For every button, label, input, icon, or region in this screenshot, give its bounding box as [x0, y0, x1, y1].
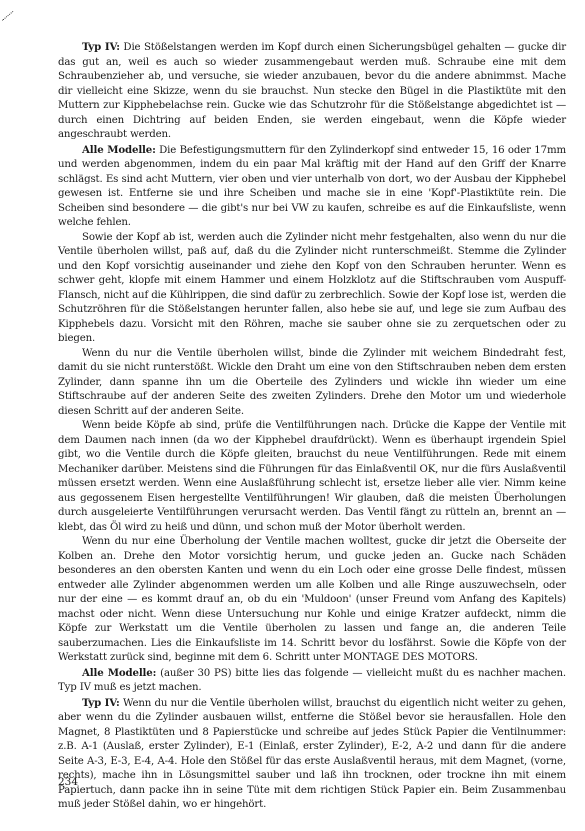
paragraph-typ4-stoesselstangen: Typ IV: Die Stößelstangen werden im Kopf… [58, 40, 566, 143]
paragraph-alle-modelle-befestigung: Alle Modelle: Die Befestigungsmuttern fü… [58, 143, 566, 231]
page-body: Typ IV: Die Stößelstangen werden im Kopf… [58, 40, 566, 813]
paragraph-typ4-stoessel: Typ IV: Wenn du nur die Ventile überhole… [58, 696, 566, 813]
paragraph-ventilfuehrungen: Wenn beide Köpfe ab sind, prüfe die Vent… [58, 419, 566, 535]
scan-corner-mark [2, 11, 14, 22]
paragraph-bindedraht: Wenn du nur die Ventile überholen willst… [58, 347, 566, 420]
paragraph-lead: Typ IV: [82, 697, 120, 709]
page-number: 234 [58, 776, 78, 788]
paragraph-text: Die Befestigungsmuttern für den Zylinder… [58, 145, 566, 229]
paragraph-lead: Typ IV: [82, 41, 120, 53]
paragraph-lead: Alle Modelle: [82, 144, 156, 156]
paragraph-alle-modelle-hinweis: Alle Modelle: (außer 30 PS) bitte lies d… [58, 666, 566, 696]
paragraph-lead: Alle Modelle: [82, 667, 156, 679]
paragraph-kopf-ab: Sowie der Kopf ab ist, werden auch die Z… [58, 231, 566, 347]
paragraph-text: Wenn du nur die Ventile überholen willst… [58, 348, 566, 417]
paragraph-text: Die Stößelstangen werden im Kopf durch e… [58, 42, 566, 140]
paragraph-text: Wenn du nur eine Überholung der Ventile … [58, 536, 566, 663]
paragraph-text: Sowie der Kopf ab ist, werden auch die Z… [58, 232, 566, 345]
paragraph-text: Wenn beide Köpfe ab sind, prüfe die Vent… [58, 420, 566, 533]
paragraph-text: Wenn du nur die Ventile überholen willst… [58, 698, 566, 811]
paragraph-kolben-pruefen: Wenn du nur eine Überholung der Ventile … [58, 535, 566, 666]
